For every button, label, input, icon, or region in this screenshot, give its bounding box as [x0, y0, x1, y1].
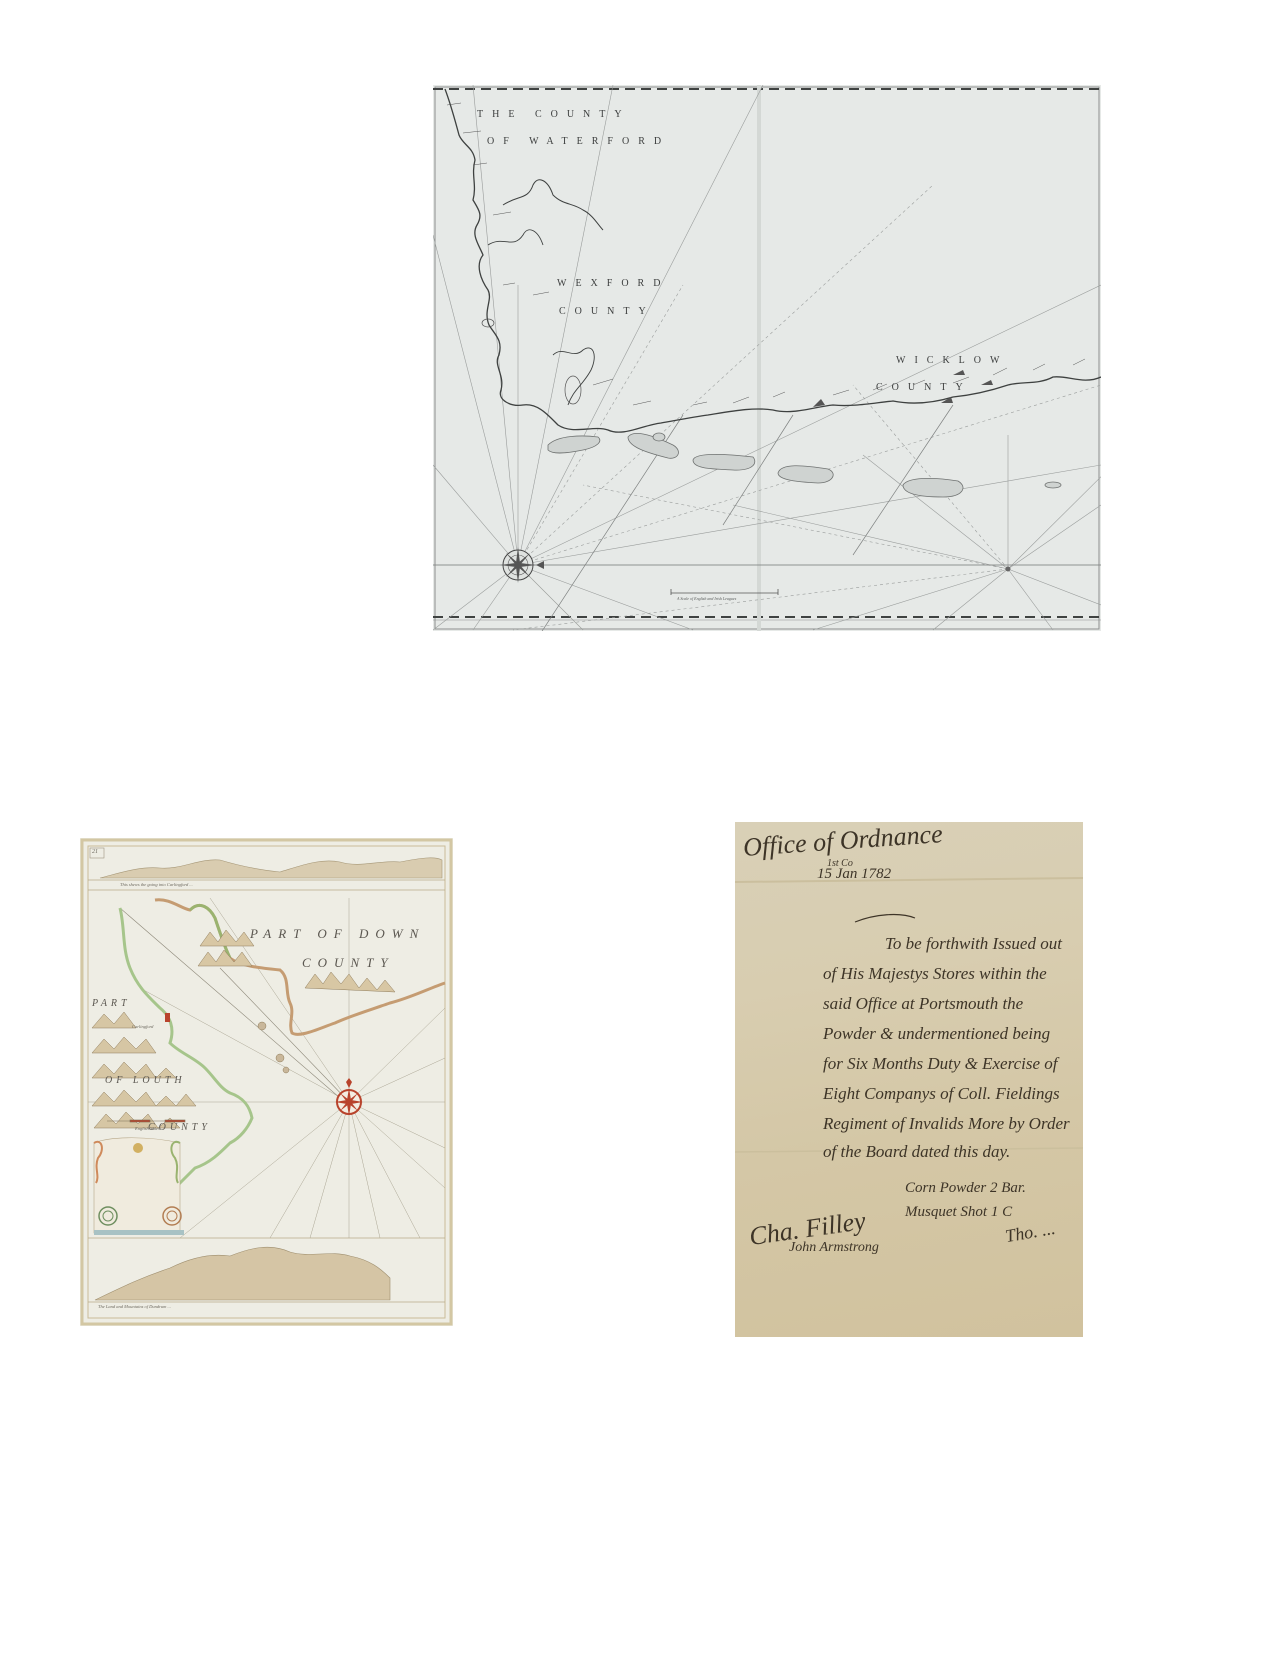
- plate-number: 21: [92, 849, 98, 855]
- label-of-louth: OF LOUTH: [105, 1075, 186, 1086]
- label-county-waterford-2: OF WATERFORD: [487, 136, 670, 147]
- town-carlingford: Carlingford: [132, 1024, 153, 1029]
- ordnance-manuscript: Office of Ordnance 1st Co 15 Jan 1782 To…: [735, 822, 1083, 1337]
- doc-body-line-2: of His Majestys Stores within the: [823, 964, 1047, 984]
- map-carlingford: 21 This shews the going into Carlingford…: [80, 838, 453, 1326]
- label-part: PART: [92, 998, 131, 1009]
- doc-body-line-6: Eight Companys of Coll. Fieldings: [823, 1084, 1060, 1104]
- doc-body-line-5: for Six Months Duty & Exercise of: [823, 1054, 1058, 1074]
- cartouche-ornament: [94, 1138, 184, 1235]
- label-county-waterford-1: THE COUNTY: [477, 109, 631, 120]
- label-wicklow-1: WICKLOW: [896, 355, 1008, 366]
- label-wexford-2: COUNTY: [559, 306, 655, 317]
- scale-caption: English Miles: [135, 1126, 160, 1131]
- label-wexford-1: WEXFORD: [557, 278, 669, 289]
- top-profile-caption: This shews the going into Carlingford ..…: [120, 882, 193, 887]
- label-part-of-down: PART OF DOWN: [250, 926, 425, 942]
- scale-caption: A Scale of English and Irish Leagues: [677, 596, 736, 601]
- doc-item-shot: Musquet Shot 1 C: [905, 1204, 1012, 1221]
- doc-body-line-7: Regiment of Invalids More by Order: [823, 1114, 1070, 1134]
- bottom-profile-caption: The Land and Mountains of Dundrum ...: [98, 1304, 171, 1309]
- doc-body-line-3: said Office at Portsmouth the: [823, 994, 1023, 1014]
- label-down-county: COUNTY: [302, 955, 395, 971]
- doc-body-line-8: of the Board dated this day.: [823, 1142, 1010, 1162]
- compass-rose-icon: [335, 1078, 363, 1116]
- map-wexford-coast: THE COUNTY OF WATERFORD WEXFORD COUNTY W…: [433, 85, 1101, 631]
- paper-texture: [735, 822, 1083, 1337]
- compass-rose-icon: [500, 547, 544, 583]
- label-wicklow-2: COUNTY: [876, 382, 972, 393]
- doc-item-powder: Corn Powder 2 Bar.: [905, 1180, 1026, 1197]
- signature-2: John Armstrong: [789, 1240, 879, 1256]
- doc-body-line-1: To be forthwith Issued out: [885, 934, 1062, 954]
- doc-body-line-4: Powder & undermentioned being: [823, 1024, 1050, 1044]
- doc-date: 15 Jan 1782: [817, 866, 891, 883]
